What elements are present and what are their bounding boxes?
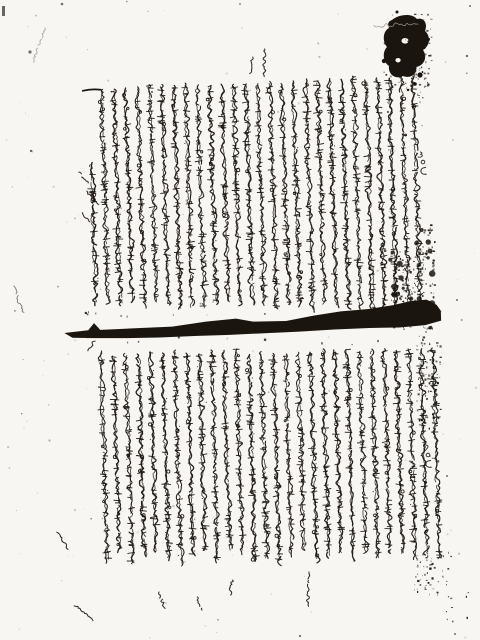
text-line bbox=[367, 349, 382, 558]
text-line bbox=[342, 349, 357, 561]
text-line bbox=[158, 353, 173, 561]
scanned-manuscript-page bbox=[0, 0, 480, 640]
pencil-scrawl bbox=[12, 286, 25, 314]
text-line bbox=[205, 85, 221, 304]
folio-number bbox=[425, 445, 431, 468]
folio-number bbox=[418, 152, 427, 175]
text-line bbox=[156, 84, 172, 305]
page-spread bbox=[57, 74, 449, 573]
text-line bbox=[170, 350, 185, 566]
text-line bbox=[379, 349, 394, 554]
text-line bbox=[145, 352, 161, 553]
text-line bbox=[325, 79, 341, 308]
text-line bbox=[305, 352, 321, 565]
text-line bbox=[313, 81, 329, 305]
text-line bbox=[232, 349, 247, 555]
margin-gloss-1 bbox=[78, 171, 89, 183]
edge-speck bbox=[469, 5, 471, 7]
upper-page-text bbox=[83, 74, 426, 327]
edge-speck bbox=[239, 3, 241, 5]
text-line bbox=[253, 84, 268, 306]
edge-speck bbox=[454, 633, 456, 635]
text-line bbox=[109, 356, 124, 553]
text-line bbox=[392, 350, 407, 553]
text-line bbox=[361, 80, 377, 314]
text-line bbox=[108, 89, 124, 306]
edge-speck bbox=[28, 50, 31, 53]
text-line bbox=[193, 85, 209, 308]
text-line bbox=[348, 76, 364, 312]
text-line bbox=[169, 85, 185, 309]
text-line bbox=[207, 350, 223, 566]
text-line bbox=[318, 349, 333, 559]
text-line bbox=[281, 354, 296, 557]
text-line bbox=[96, 351, 112, 563]
tail-mark bbox=[228, 580, 233, 598]
edge-speck bbox=[151, 91, 153, 93]
text-line bbox=[133, 87, 148, 312]
text-line bbox=[87, 162, 100, 305]
text-line bbox=[385, 78, 401, 308]
text-line bbox=[183, 353, 197, 556]
fraction-mark bbox=[74, 604, 94, 620]
text-line bbox=[289, 81, 305, 307]
text-line bbox=[397, 76, 412, 316]
text-line bbox=[404, 349, 420, 560]
text-line bbox=[429, 348, 444, 559]
text-line bbox=[330, 350, 345, 553]
text-line bbox=[219, 350, 235, 551]
ownership-note bbox=[306, 572, 311, 608]
text-line bbox=[265, 81, 281, 309]
flourish-mark bbox=[56, 531, 70, 549]
text-line bbox=[121, 353, 137, 564]
text-line bbox=[98, 89, 113, 304]
text-line bbox=[337, 79, 353, 309]
catchword-1 bbox=[158, 592, 166, 609]
elongated-opening-stroke bbox=[83, 89, 101, 91]
text-line bbox=[293, 352, 308, 550]
gutter-tick bbox=[86, 340, 95, 351]
text-line bbox=[181, 83, 197, 307]
text-line bbox=[241, 84, 257, 305]
text-line bbox=[355, 351, 370, 553]
text-line bbox=[301, 79, 318, 313]
edge-speck bbox=[446, 475, 448, 477]
text-line bbox=[217, 84, 232, 302]
text-line bbox=[121, 88, 136, 304]
edge-speck bbox=[61, 3, 64, 6]
text-line bbox=[277, 83, 292, 304]
text-line bbox=[256, 352, 272, 559]
side-note-upper-2 bbox=[262, 49, 266, 79]
text-line bbox=[269, 353, 284, 565]
margin-gloss-3 bbox=[81, 213, 90, 223]
text-line bbox=[195, 354, 210, 551]
side-note-upper-1 bbox=[250, 57, 253, 74]
edge-speck bbox=[456, 299, 458, 301]
edge-speck bbox=[2, 6, 5, 16]
text-line bbox=[244, 355, 259, 562]
lower-page-text bbox=[96, 340, 444, 571]
text-line bbox=[133, 354, 148, 557]
text-line bbox=[373, 78, 389, 309]
manuscript-scan bbox=[0, 0, 480, 640]
catchword-2 bbox=[196, 597, 203, 613]
edge-speck bbox=[387, 111, 389, 113]
edge-speck bbox=[466, 55, 468, 57]
edge-speck bbox=[299, 635, 301, 637]
corner-scuff bbox=[32, 28, 46, 63]
text-line bbox=[229, 84, 245, 306]
